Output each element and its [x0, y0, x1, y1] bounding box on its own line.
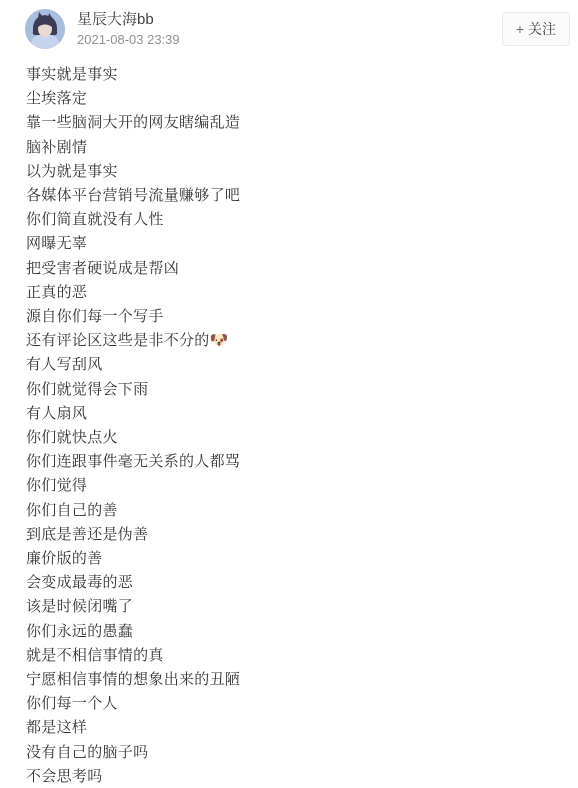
post-line: 你们连跟事件毫无关系的人都骂 [26, 450, 558, 474]
post-line: 事实就是事实 [26, 63, 558, 87]
username[interactable]: 星辰大海bb [77, 10, 180, 29]
post-line: 把受害者硬说成是帮凶 [26, 257, 558, 281]
post-line: 你们自己的善 [26, 499, 558, 523]
post-line: 网曝无辜 [26, 232, 558, 256]
post-line: 到底是善还是伪善 [26, 523, 558, 547]
post-header: 星辰大海bb 2021-08-03 23:39 + 关注 [25, 8, 570, 50]
post-line: 都是这样 [26, 716, 558, 740]
post-line: 尘埃落定 [26, 87, 558, 111]
post-line: 有人扇风 [26, 402, 558, 426]
post-line: 宁愿相信事情的想象出来的丑陋 [26, 668, 558, 692]
follow-button[interactable]: + 关注 [502, 12, 570, 46]
post-line: 不会思考吗 [26, 765, 558, 788]
post-line: 各媒体平台营销号流量赚够了吧 [26, 184, 558, 208]
post-line: 以为就是事实 [26, 160, 558, 184]
post-line: 源自你们每一个写手 [26, 305, 558, 329]
post-timestamp: 2021-08-03 23:39 [77, 31, 180, 48]
post-line: 脑补剧情 [26, 136, 558, 160]
post-line: 你们就快点火 [26, 426, 558, 450]
post-line: 会变成最毒的恶 [26, 571, 558, 595]
plus-icon: + [516, 22, 524, 36]
post-line: 你们每一个人 [26, 692, 558, 716]
post-line: 你们觉得 [26, 474, 558, 498]
post-line: 该是时候闭嘴了 [26, 595, 558, 619]
post-line: 正真的恶 [26, 281, 558, 305]
post-line: 靠一些脑洞大开的网友瞎编乱造 [26, 111, 558, 135]
post-line: 还有评论区这些是非不分的🐶 [26, 329, 558, 353]
post-line: 你们简直就没有人性 [26, 208, 558, 232]
post-line: 有人写刮风 [26, 353, 558, 377]
post-line: 你们永远的愚蠢 [26, 620, 558, 644]
follow-button-label: 关注 [528, 19, 556, 39]
post-line: 你们就觉得会下雨 [26, 378, 558, 402]
anime-avatar-icon [25, 9, 65, 49]
user-meta: 星辰大海bb 2021-08-03 23:39 [77, 10, 180, 48]
post-page: 星辰大海bb 2021-08-03 23:39 + 关注 事实就是事实尘埃落定靠… [0, 0, 578, 788]
post-line: 没有自己的脑子吗 [26, 741, 558, 765]
avatar[interactable] [25, 9, 65, 49]
post-line: 廉价版的善 [26, 547, 558, 571]
post-body: 事实就是事实尘埃落定靠一些脑洞大开的网友瞎编乱造脑补剧情以为就是事实各媒体平台营… [26, 63, 558, 788]
post-line: 就是不相信事情的真 [26, 644, 558, 668]
